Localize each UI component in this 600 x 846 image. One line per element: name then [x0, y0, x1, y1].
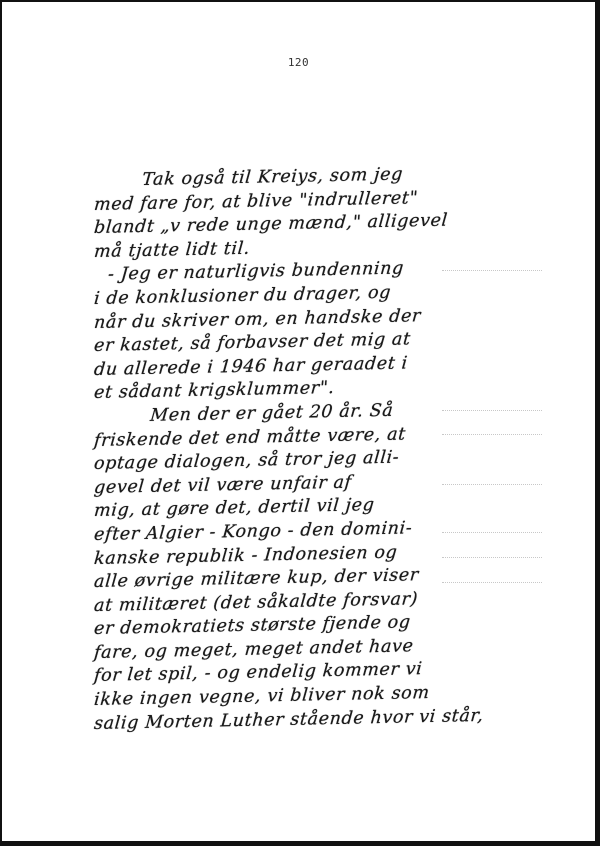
handwritten-text-body: Tak også til Kreiys, som jegmed fare for… — [94, 170, 554, 736]
scanned-page: 120 Tak også til Kreiys, som jegmed fare… — [0, 0, 600, 846]
page-number: 120 — [2, 56, 595, 69]
